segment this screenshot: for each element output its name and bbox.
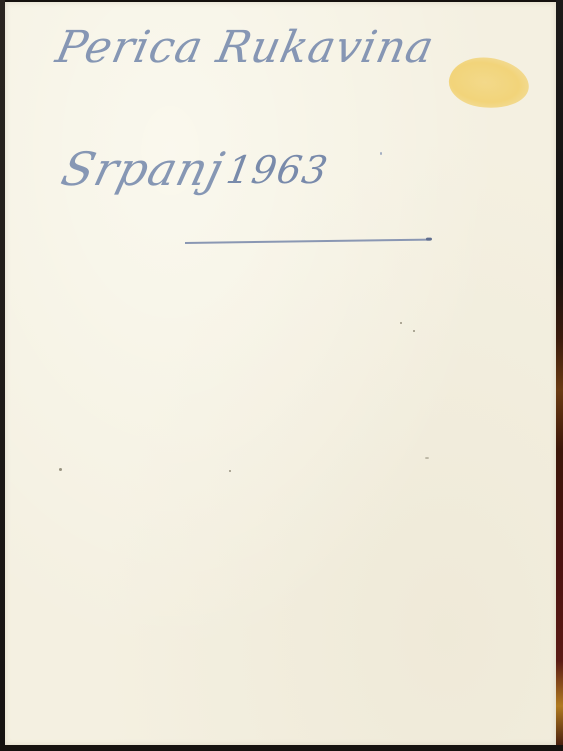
paper-speck: [413, 330, 415, 332]
handwritten-underline: [185, 239, 430, 244]
paper-speck: [59, 468, 62, 471]
bottom-scan-edge: [0, 745, 563, 751]
photo-card-back: Perica Rukavina Srpanj 1963: [5, 2, 556, 745]
handwritten-name: Perica Rukavina: [52, 22, 439, 73]
handwritten-month: Srpanj: [56, 142, 230, 196]
right-scan-edge: [556, 0, 563, 751]
yellow-stain: [446, 53, 532, 114]
scanned-photo-back: Perica Rukavina Srpanj 1963: [0, 0, 563, 751]
ink-speck: [380, 152, 382, 155]
paper-speck: [229, 470, 231, 472]
paper-speck: [400, 322, 402, 324]
paper-speck: [425, 457, 429, 459]
handwritten-year: 1963: [223, 148, 331, 192]
